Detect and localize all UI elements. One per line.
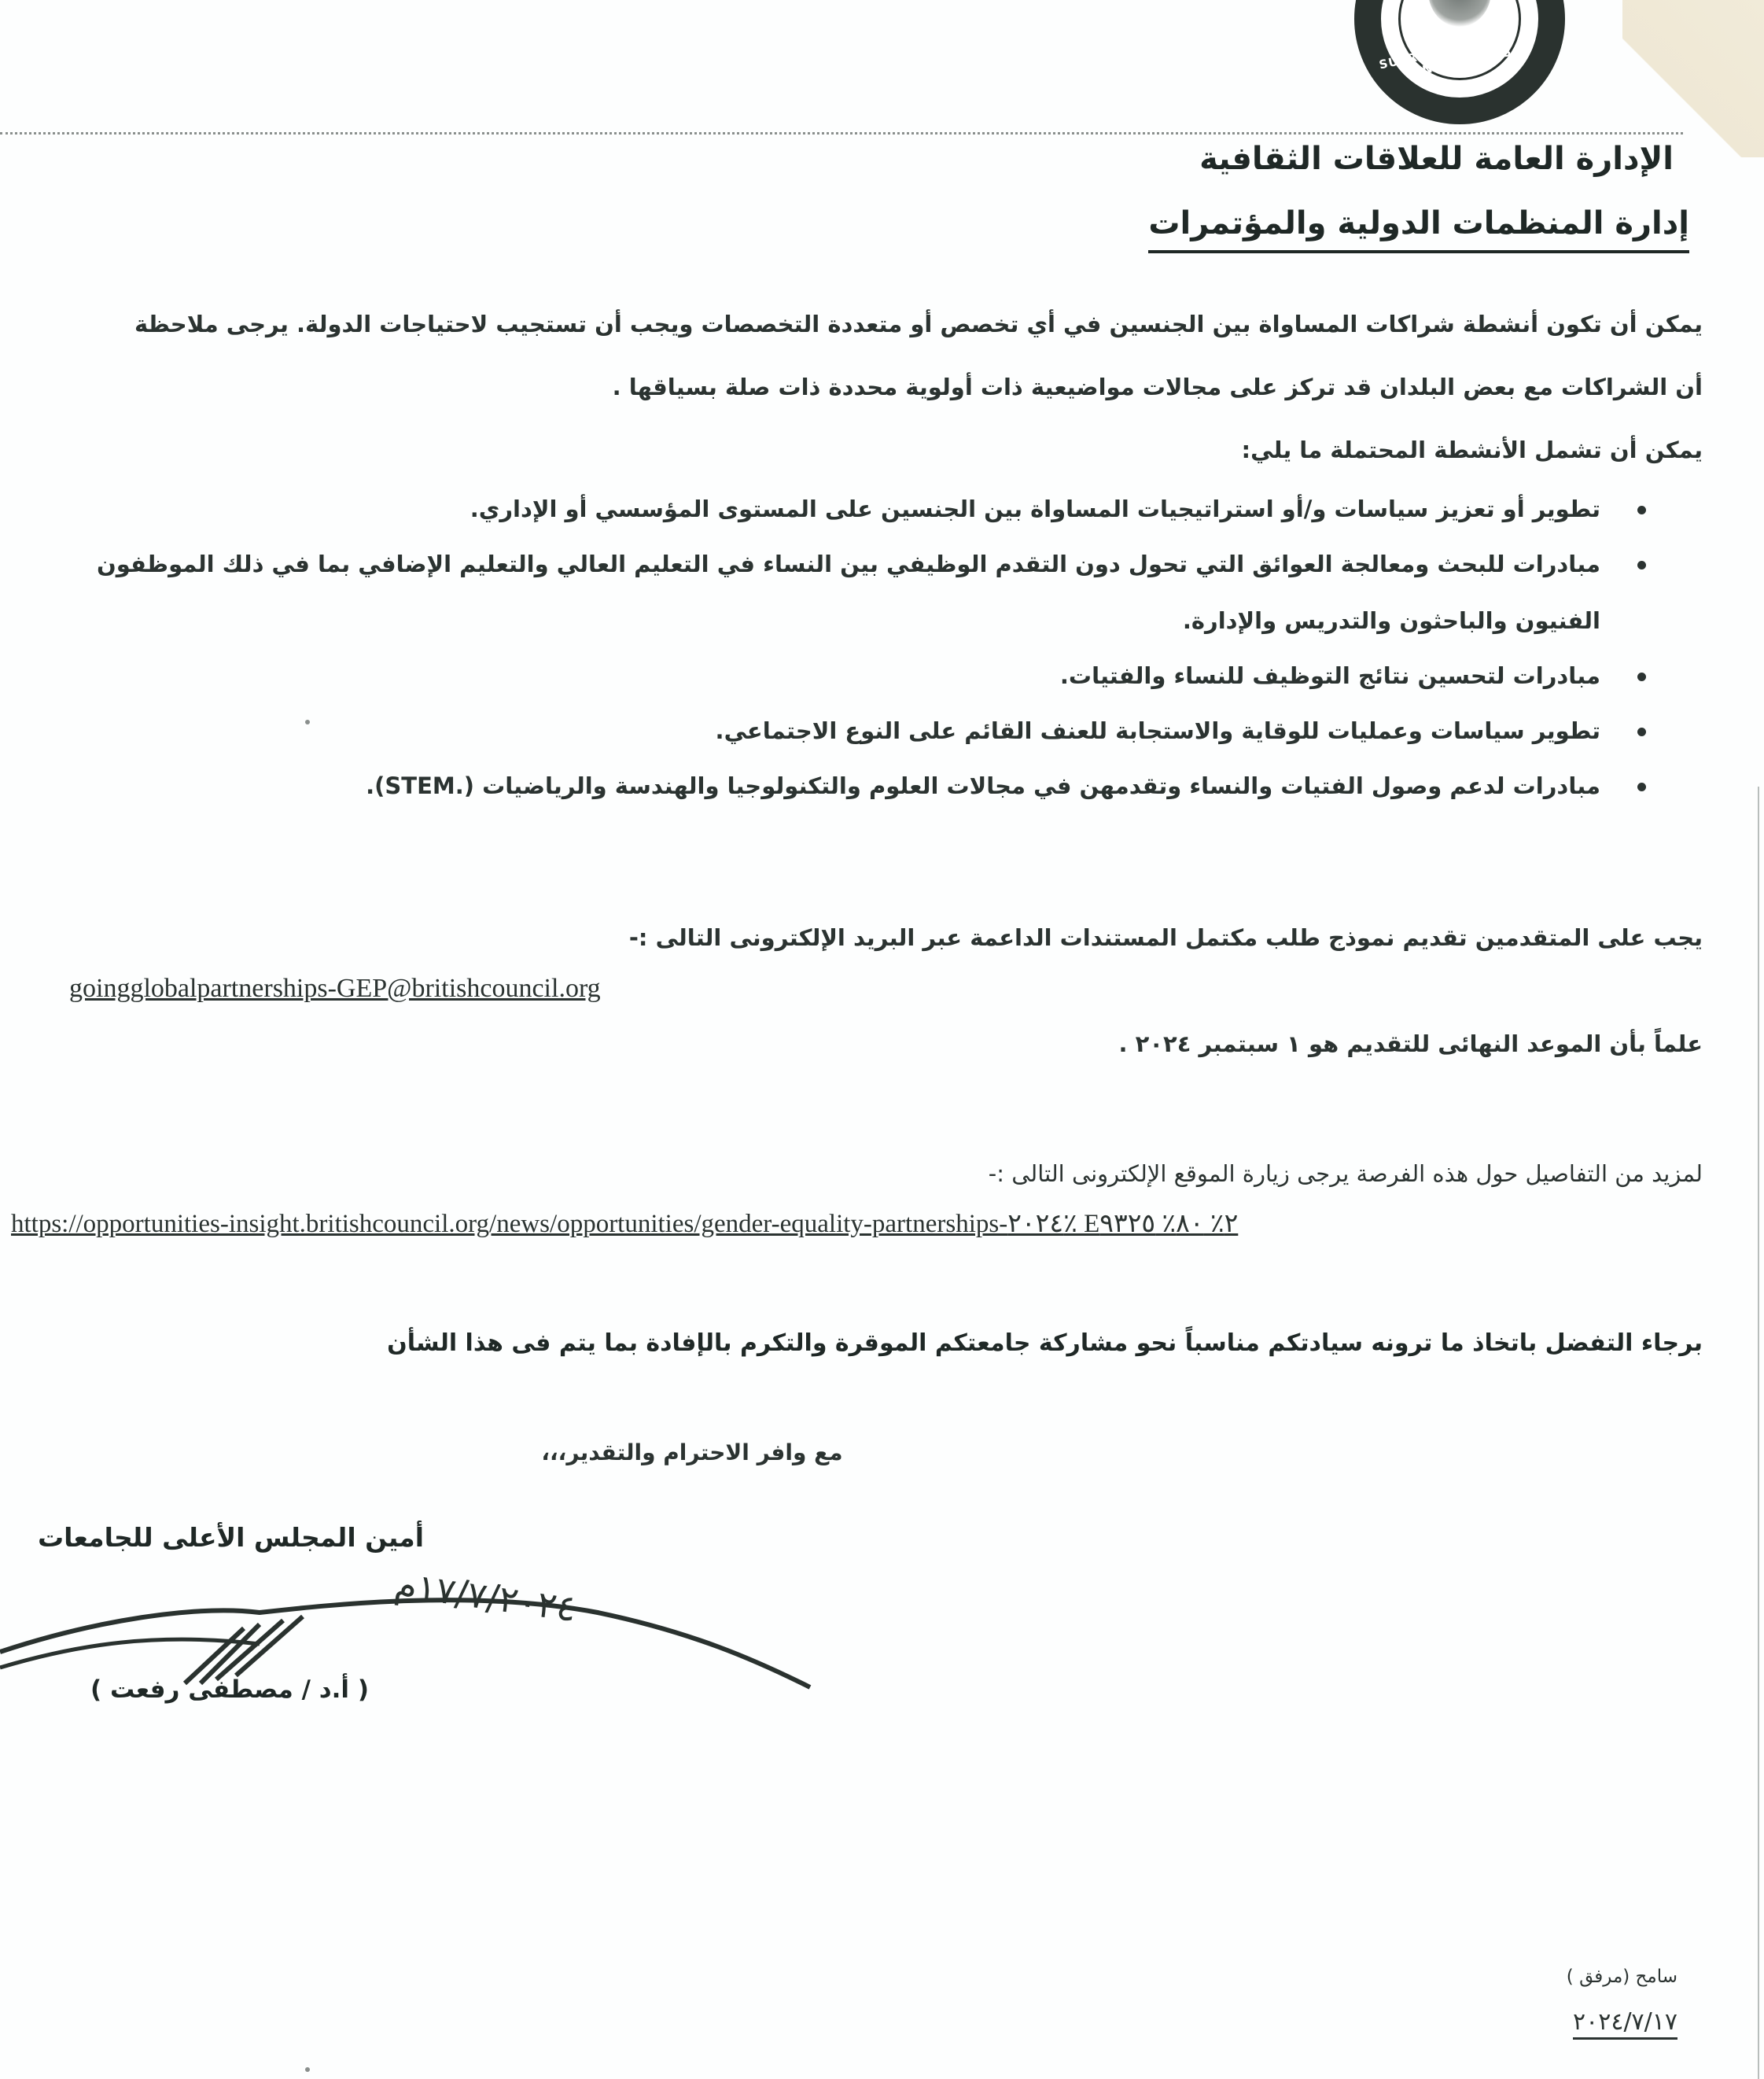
activity-text-continuation: الفنيون والباحثون والتدريس والإدارة. bbox=[97, 603, 1600, 638]
activity-text: مبادرات لتحسين نتائج التوظيف للنساء والف… bbox=[1060, 662, 1600, 689]
submission-instruction: يجب على المتقدمين تقديم نموذج طلب مكتمل … bbox=[629, 924, 1703, 951]
bullet-icon bbox=[1637, 673, 1646, 681]
intro-line-1: يمكن أن تكون أنشطة شراكات المساواة بين ا… bbox=[134, 311, 1703, 337]
list-item: مبادرات لتحسين نتائج التوظيف للنساء والف… bbox=[97, 658, 1646, 693]
opportunity-url-link[interactable]: https://opportunities-insight.britishcou… bbox=[11, 1207, 1238, 1239]
closing-regards: مع وافر الاحترام والتقدير،،، bbox=[0, 1439, 1384, 1465]
bullet-icon bbox=[1637, 561, 1646, 570]
activity-text: تطوير سياسات وعمليات للوقاية والاستجابة … bbox=[716, 717, 1600, 744]
letterhead: الإدارة العامة للعلاقات الثقافية إدارة ا… bbox=[1148, 135, 1689, 253]
signatory-title: أمين المجلس الأعلى للجامعات bbox=[38, 1522, 424, 1553]
activity-text: مبادرات للبحث ومعالجة العوائق التي تحول … bbox=[97, 551, 1600, 577]
activity-text: مبادرات لدعم وصول الفتيات والنساء وتقدمه… bbox=[366, 772, 1600, 799]
list-item: مبادرات لدعم وصول الفتيات والنساء وتقدمه… bbox=[97, 769, 1646, 803]
sub-department-name: إدارة المنظمات الدولية والمؤتمرات bbox=[1148, 200, 1689, 253]
bullet-icon bbox=[1637, 783, 1646, 791]
header-divider bbox=[0, 132, 1683, 135]
svg-text:١٧/٧/٢٠٢٤م: ١٧/٧/٢٠٢٤م bbox=[392, 1562, 580, 1630]
intro-line-3: يمكن أن تشمل الأنشطة المحتملة ما يلي: bbox=[1242, 437, 1703, 463]
more-info-text: لمزيد من التفاصيل حول هذه الفرصة يرجى زي… bbox=[989, 1160, 1703, 1187]
activity-text: تطوير أو تعزيز سياسات و/أو استراتيجيات ا… bbox=[470, 496, 1600, 522]
bullet-icon bbox=[1637, 728, 1646, 736]
intro-line-2: أن الشراكات مع بعض البلدان قد تركز على م… bbox=[613, 374, 1703, 400]
handwritten-signature: ١٧/٧/٢٠٢٤م bbox=[0, 1557, 826, 1691]
list-item: مبادرات للبحث ومعالجة العوائق التي تحول … bbox=[97, 547, 1646, 638]
list-item: تطوير أو تعزيز سياسات و/أو استراتيجيات ا… bbox=[97, 492, 1646, 526]
page-edge-rule bbox=[1758, 787, 1759, 2079]
footer-date: ٢٠٢٤/٧/١٧ bbox=[1573, 2008, 1677, 2040]
submission-email-link[interactable]: goingglobalpartnerships-GEP@britishcounc… bbox=[69, 974, 601, 1004]
scan-speck bbox=[305, 2067, 310, 2072]
activities-list: تطوير أو تعزيز سياسات و/أو استراتيجيات ا… bbox=[97, 492, 1646, 824]
footer-initials-note: سامح (مرفق ) bbox=[1567, 1967, 1677, 1987]
list-item: تطوير سياسات وعمليات للوقاية والاستجابة … bbox=[97, 713, 1646, 748]
deadline-note: علماً بأن الموعد النهائى للتقديم هو ١ سب… bbox=[1119, 1030, 1703, 1057]
closing-request: برجاء التفضل باتخاذ ما ترونه سيادتكم منا… bbox=[387, 1329, 1703, 1357]
department-name: الإدارة العامة للعلاقات الثقافية bbox=[1148, 135, 1674, 182]
scan-speck bbox=[305, 720, 310, 724]
bullet-icon bbox=[1637, 506, 1646, 514]
signatory-name: ( أ.د / مصطفى رفعت ) bbox=[90, 1675, 369, 1704]
